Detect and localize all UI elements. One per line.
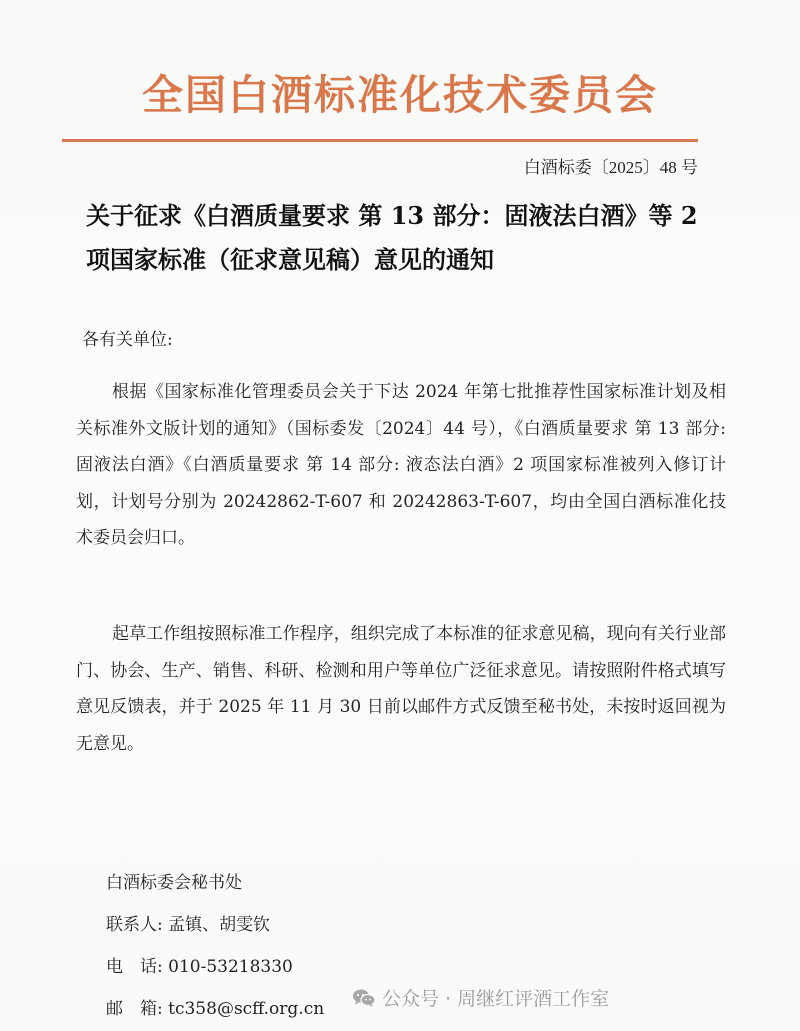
contact-row: 联系人: 孟镇、胡雯钦 xyxy=(106,904,324,946)
wechat-icon xyxy=(352,988,376,1008)
document-number: 白酒标委〔2025〕48 号 xyxy=(524,153,698,178)
notice-title: 关于征求《白酒质量要求 第 13 部分：固液法白酒》等 2 项国家标准（征求意见… xyxy=(86,194,726,282)
salutation: 各有关单位: xyxy=(82,325,173,350)
body-paragraph-2: 起草工作组按照标准工作程序，组织完成了本标准的征求意见稿，现向有关行业部门、协会… xyxy=(76,616,726,762)
watermark-text: 公众号 · 周继红评酒工作室 xyxy=(382,984,609,1011)
email-row: 邮 箱: tc358@scff.org.cn xyxy=(106,988,324,1030)
contact-label: 联系人: xyxy=(106,904,163,946)
document-page: 全国白酒标准化技术委员会 白酒标委〔2025〕48 号 关于征求《白酒质量要求 … xyxy=(0,0,800,1031)
phone-value: 010-53218330 xyxy=(168,957,293,977)
wechat-watermark: 公众号 · 周继红评酒工作室 xyxy=(352,984,609,1011)
phone-label: 电 话: xyxy=(106,946,163,988)
email-value: tc358@scff.org.cn xyxy=(168,999,324,1019)
email-label: 邮 箱: xyxy=(106,988,163,1030)
organization-title: 全国白酒标准化技术委员会 xyxy=(0,62,800,121)
phone-row: 电 话: 010-53218330 xyxy=(106,946,324,988)
secretariat-office: 白酒标委会秘书处 xyxy=(106,862,324,904)
contact-value: 孟镇、胡雯钦 xyxy=(168,915,270,935)
red-header-rule xyxy=(62,139,698,142)
body-paragraph-1: 根据《国家标准化管理委员会关于下达 2024 年第七批推荐性国家标准计划及相关标… xyxy=(76,374,726,557)
signoff-block: 白酒标委会秘书处 联系人: 孟镇、胡雯钦 电 话: 010-53218330 邮… xyxy=(106,862,324,1030)
